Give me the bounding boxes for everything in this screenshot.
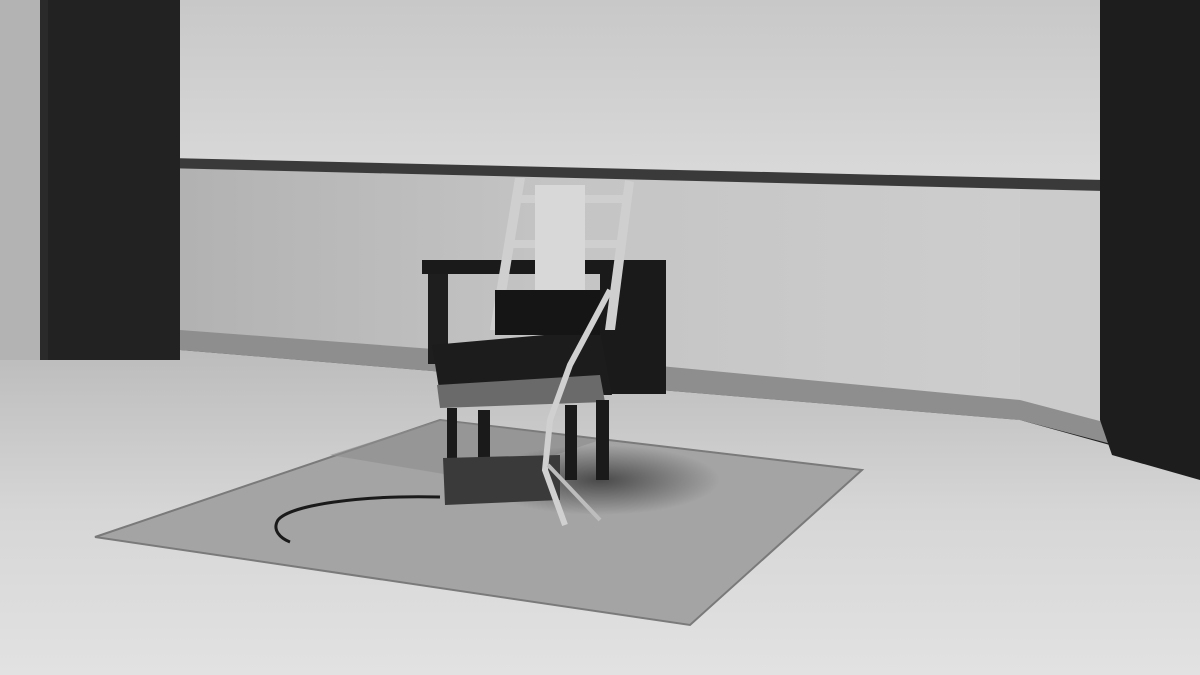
- right-pillar: [1100, 0, 1200, 480]
- left-pillar: [0, 0, 180, 360]
- photograph: [0, 0, 1200, 675]
